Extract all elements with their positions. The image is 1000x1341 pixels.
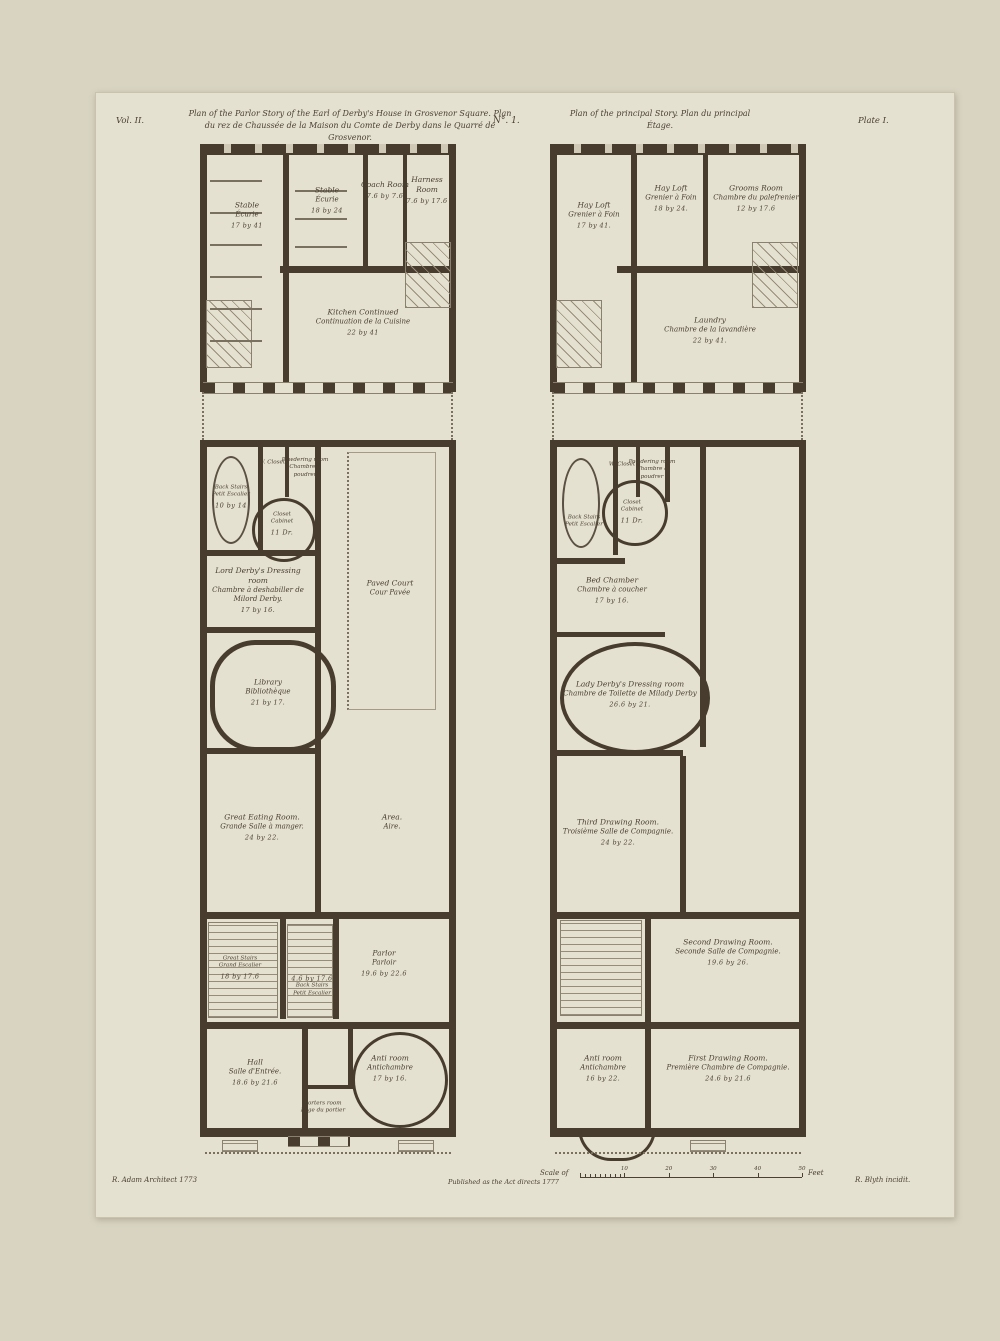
right-plan-title-en: Plan of the principal Story. (570, 109, 678, 118)
boundary-wall-dotted (202, 392, 207, 440)
railing-dotted (555, 1152, 801, 1156)
wall (550, 912, 806, 919)
wall (207, 748, 319, 754)
room-name-fr: Cour Pavée (334, 588, 446, 597)
wall (200, 1022, 456, 1029)
stair-treads (398, 1140, 434, 1152)
room-label-paved-court: Paved Court Cour Pavée (334, 579, 446, 598)
engraved-plate-page: Vol. II. Plan of the Parlor Story of the… (0, 0, 1000, 1341)
wall (550, 558, 625, 564)
room-label-bed-chamber: Bed Chamber Chambre à coucher 17 by 16. (564, 575, 660, 604)
railing-dotted (205, 1152, 451, 1156)
room-name-fr: Bibliothèque (212, 687, 324, 696)
colonnade (288, 1136, 350, 1147)
room-name: Back Stairs (560, 515, 608, 522)
stair-winders (556, 300, 602, 368)
scale-tick-label: 20 (665, 1166, 672, 1172)
wall (557, 632, 665, 637)
scale-unit: Feet (808, 1169, 824, 1177)
wall (799, 447, 806, 1135)
room-label-back-stairs-r: Back Stairs Petit Escalier (560, 515, 608, 530)
stair-treads (560, 920, 642, 1016)
stair-winders (752, 242, 798, 308)
room-name: Harness Room (403, 175, 451, 195)
wall (207, 627, 317, 633)
wall (200, 440, 456, 447)
right-plan-title: Plan of the principal Story. Plan du pri… (560, 108, 760, 132)
oval-stair (562, 458, 600, 548)
room-name: Hall (210, 1057, 300, 1067)
room-name: Lady Derby's Dressing room (550, 679, 710, 689)
room-name-fr: Seconde Salle de Compagnie. (648, 947, 808, 956)
room-label-coach-room: Coach Room 7.6 by 7.6 (361, 180, 409, 200)
room-name-fr: Salle d'Entrée. (210, 1067, 300, 1076)
room-dimensions: 11 Dr. (258, 528, 306, 536)
stall-partition (295, 246, 347, 248)
room-name: Third Drawing Room. (538, 817, 698, 827)
room-name: Area. (368, 813, 416, 823)
room-name: Back Stairs (288, 983, 336, 990)
room-label-parlor: Parlor Parloir 19.6 by 22.6 (328, 948, 440, 977)
room-name: First Drawing Room. (648, 1053, 808, 1063)
room-dimensions: 17 by 16. (345, 1074, 435, 1082)
room-dimensions: 17 by 41 (191, 221, 303, 229)
room-label-third-drawing-room: Third Drawing Room. Troisième Salle de C… (538, 817, 698, 846)
room-name: Anti room (345, 1053, 435, 1063)
room-dimensions: 21 by 17. (212, 698, 324, 706)
room-name: Laundry (654, 315, 766, 325)
room-label-harness-room: Harness Room 7.6 by 17.6 (403, 175, 451, 205)
room-name-fr: Antichambre (345, 1063, 435, 1072)
room-name-fr: Petit Escalier (207, 492, 255, 499)
wall (550, 447, 557, 1135)
room-name-fr: Chambre à deshabiller de Milord Derby. (210, 585, 306, 603)
room-label-great-eating-room: Great Eating Room. Grande Salle à manger… (206, 812, 318, 841)
left-plan-title: Plan of the Parlor Story of the Earl of … (185, 108, 515, 144)
room-name: Great Eating Room. (206, 812, 318, 822)
room-name-fr: Continuation de la Cuisine (307, 317, 419, 326)
engraver-signature: R. Blyth incidit. (855, 1176, 910, 1184)
wall (200, 912, 456, 919)
room-label-closet: Closet Cabinet 11 Dr. (258, 512, 306, 537)
stall-partition (210, 308, 262, 310)
room-dimensions: 17 by 16. (210, 606, 306, 614)
wall (288, 1130, 350, 1134)
scale-line: 10 20 30 40 50 (580, 1177, 802, 1178)
stall-partition (210, 276, 262, 278)
room-dimensions: 7.6 by 7.6 (361, 192, 409, 200)
scale-prefix: Scale of (540, 1169, 568, 1177)
room-label-lord-derby-dressing: Lord Derby's Dressing room Chambre à des… (210, 566, 306, 614)
room-dimensions: 16 by 22. (558, 1074, 648, 1082)
colonnade (203, 382, 453, 394)
room-name: Library (212, 677, 324, 687)
room-label-closet-r: Closet Cabinet 11 Dr. (608, 500, 656, 525)
room-label-hall: Hall Salle d'Entrée. 18.6 by 21.6 (210, 1057, 300, 1086)
scale-bar: Scale of 10 20 30 40 50 Feet (540, 1166, 840, 1184)
room-dimensions: 18.6 by 21.6 (210, 1078, 300, 1086)
room-name-fr: Aire. (368, 822, 416, 831)
room-name-fr: Chambre à coucher (564, 585, 660, 594)
room-name: Second Drawing Room. (648, 937, 808, 947)
wall (550, 1022, 806, 1029)
boundary-wall-dotted (801, 392, 806, 440)
room-name-fr: Grand Escalier (205, 963, 275, 970)
room-label-grooms-room: Grooms Room Chambre du palefrenier 12 by… (708, 183, 804, 212)
architect-signature: R. Adam Architect 1773 (112, 1176, 197, 1184)
room-name-fr: Loge du portier (292, 1108, 354, 1115)
room-dimensions: 12 by 17.6 (708, 204, 804, 212)
scale-tick (802, 1173, 803, 1177)
room-name: Closet (258, 512, 306, 519)
room-name: Coach Room (361, 180, 409, 190)
room-name-fr: Cabinet (258, 519, 306, 526)
room-name-fr: Grande Salle à manger. (206, 822, 318, 831)
room-name-fr: Antichambre (558, 1063, 648, 1072)
room-name-fr: Chambre de Toilette de Milady Derby (550, 689, 710, 698)
room-dimensions: 7.6 by 17.6 (403, 197, 451, 205)
wall (550, 440, 806, 447)
room-name-fr: Chambre du palefrenier (708, 193, 804, 202)
volume-label: Vol. II. (116, 116, 144, 126)
room-label-great-stairs: Great Stairs Grand Escalier 18 by 17.6 (205, 956, 275, 981)
room-name-fr: Chambre à poudrer (628, 466, 676, 481)
room-name-fr: Petit Escalier (288, 990, 336, 997)
plate-label: Plate I. (858, 116, 889, 126)
room-name: Back Stairs (207, 485, 255, 492)
room-name: Kitchen Continued (307, 307, 419, 317)
stair-treads (690, 1140, 726, 1152)
room-label-powdering-room-r: Powdering room Chambre à poudrer (628, 459, 676, 481)
room-label-lady-derby-dressing: Lady Derby's Dressing room Chambre de To… (550, 679, 710, 708)
room-name: Anti room (558, 1053, 648, 1063)
room-dimensions: 17 by 41. (538, 221, 650, 229)
room-label-first-drawing-room: First Drawing Room. Première Chambre de … (648, 1053, 808, 1082)
room-name-fr: Parloir (328, 958, 440, 967)
room-dimensions: 17 by 16. (564, 596, 660, 604)
scale-tick (580, 1173, 581, 1177)
room-dimensions: 18 by 17.6 (205, 972, 275, 980)
room-dimensions: 22 by 41. (654, 336, 766, 344)
wall (280, 919, 286, 1019)
plate-number: N°. 1. (493, 116, 520, 126)
stair-treads (287, 924, 333, 1018)
scale-tick-label: 10 (621, 1166, 628, 1172)
room-name-fr: Cabinet (608, 507, 656, 514)
room-dimensions: 11 Dr. (608, 516, 656, 524)
scale-tick-label: 30 (710, 1166, 717, 1172)
room-name: Lord Derby's Dressing room (210, 566, 306, 586)
room-name: Grooms Room (708, 183, 804, 193)
colonnade (553, 382, 803, 394)
facade-wall (200, 144, 456, 155)
room-name: Great Stairs (205, 956, 275, 963)
room-name: Porters room (292, 1101, 354, 1108)
wall (645, 919, 651, 1022)
scale-tick (758, 1173, 759, 1177)
room-label-laundry: Laundry Chambre de la lavandière 22 by 4… (654, 315, 766, 344)
scale-subdivisions (580, 1174, 624, 1177)
room-name: Paved Court (334, 579, 446, 589)
room-dimensions: 24 by 22. (206, 833, 318, 841)
room-label-back-stairs: Back Stairs Petit Escalier 10 by 14 (207, 485, 255, 510)
wall (302, 1085, 353, 1089)
stall-partition (210, 244, 262, 246)
room-label-area: Area. Aire. (368, 813, 416, 832)
room-dimensions: 26.6 by 21. (550, 700, 710, 708)
room-name-fr: Chambre à poudrer (281, 464, 329, 479)
facade-wall (550, 144, 806, 155)
stair-winders (405, 242, 451, 308)
room-dimensions: 19.6 by 22.6 (328, 969, 440, 977)
room-label-second-drawing-room: Second Drawing Room. Seconde Salle de Co… (648, 937, 808, 966)
room-label-porters-room: Porters room Loge du portier (292, 1101, 354, 1116)
scale-tick-label: 50 (799, 1166, 806, 1172)
room-name-fr: Première Chambre de Compagnie. (648, 1063, 808, 1072)
room-dimensions: 19.6 by 26. (648, 958, 808, 966)
left-plan-title-en: Plan of the Parlor Story of the Earl of … (189, 109, 491, 118)
room-label-anti-room-r: Anti room Antichambre 16 by 22. (558, 1053, 648, 1082)
stair-winders (206, 300, 252, 368)
room-label-kitchen: Kitchen Continued Continuation de la Cui… (307, 307, 419, 336)
room-label-library: Library Bibliothèque 21 by 17. (212, 677, 324, 706)
scale-tick (713, 1173, 714, 1177)
room-name: Parlor (328, 948, 440, 958)
boundary-wall-dotted (451, 392, 456, 440)
room-name-fr: Petit Escalier (560, 522, 608, 529)
stall-partition (210, 180, 262, 182)
room-name-fr: Chambre de la lavandière (654, 325, 766, 334)
wall (449, 447, 456, 1135)
stall-partition (210, 340, 262, 342)
room-dimensions: 24 by 22. (538, 838, 698, 846)
room-name-fr: Troisième Salle de Compagnie. (538, 827, 698, 836)
room-label-anti-room: Anti room Antichambre 17 by 16. (345, 1053, 435, 1082)
room-name: Closet (608, 500, 656, 507)
room-label-powdering-room: Powdering room Chambre à poudrer (281, 457, 329, 479)
stair-treads (222, 1140, 258, 1152)
room-dimensions: 22 by 41 (307, 328, 419, 336)
scale-tick (624, 1173, 625, 1177)
boundary-wall-dotted (552, 392, 557, 440)
room-dimensions: 24.6 by 21.6 (648, 1074, 808, 1082)
room-dimensions: 10 by 14 (207, 501, 255, 509)
room-dimensions: 18 by 24 (271, 206, 383, 214)
scale-tick (669, 1173, 670, 1177)
room-name: Bed Chamber (564, 575, 660, 585)
wall (557, 750, 683, 756)
scale-tick-label: 40 (754, 1166, 761, 1172)
